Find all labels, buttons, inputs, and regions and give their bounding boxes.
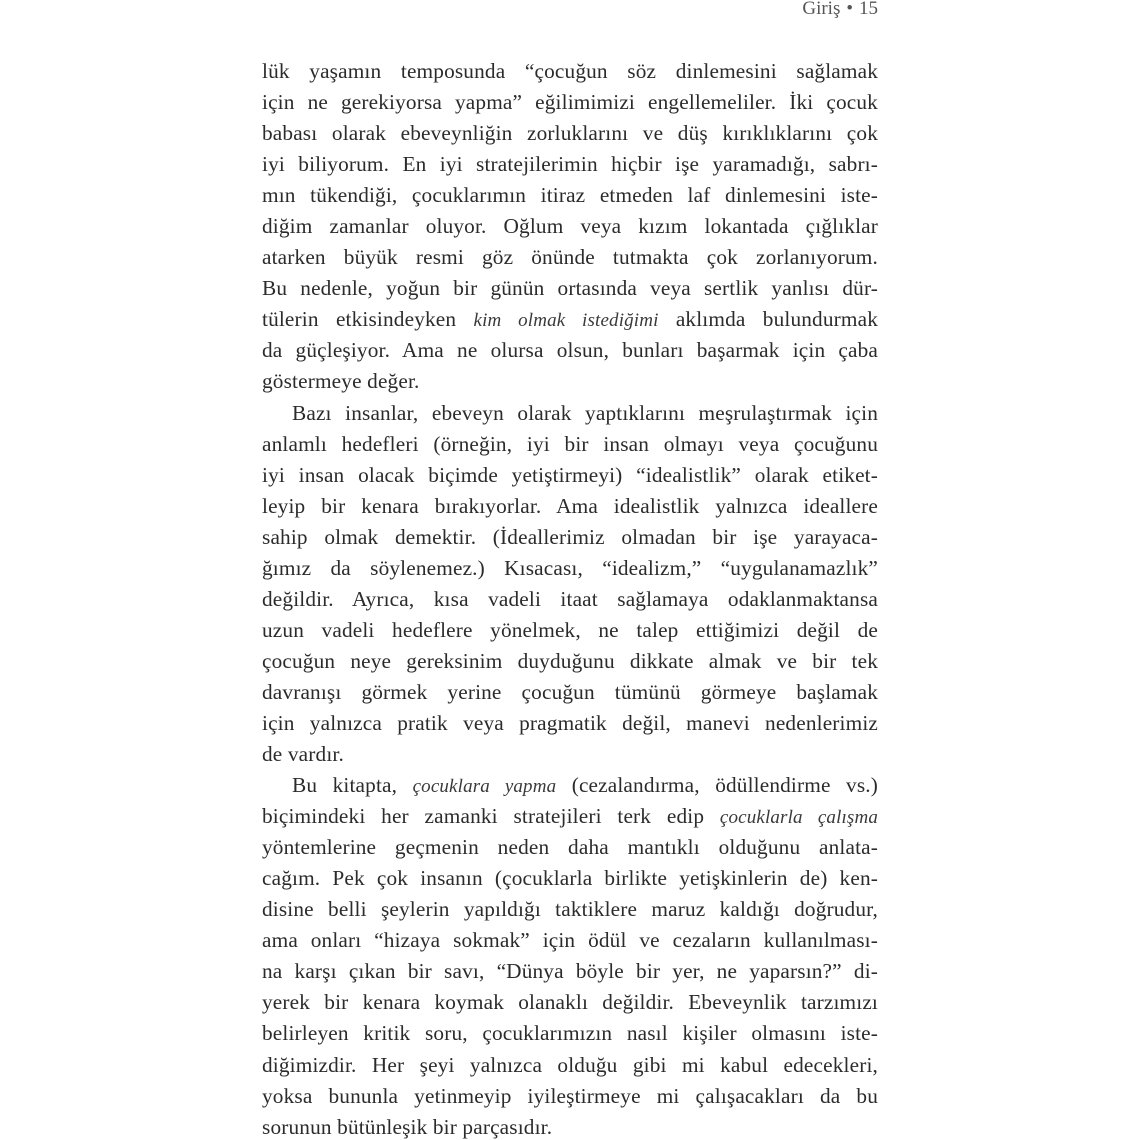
running-header: Giriş•15 bbox=[802, 0, 878, 18]
italic-emphasis: çocuklarla çalışma bbox=[720, 807, 878, 828]
text-line: leyip bir kenara bırakıyorlar. Ama ideal… bbox=[262, 491, 878, 522]
text-line: Bu kitapta, çocuklara yapma (cezalandırm… bbox=[262, 770, 878, 801]
text-line: de vardır. bbox=[262, 739, 878, 770]
text-line: için yalnızca pratik veya pragmatik deği… bbox=[262, 708, 878, 739]
text-line: Bu nedenle, yoğun bir günün ortasında ve… bbox=[262, 273, 878, 304]
paragraph: Bazı insanlar, ebeveyn olarak yaptıkları… bbox=[262, 398, 878, 771]
text-line: yöntemlerine geçmenin neden daha mantıkl… bbox=[262, 832, 878, 863]
text-line: Bazı insanlar, ebeveyn olarak yaptıkları… bbox=[262, 398, 878, 429]
body-text: lük yaşamın temposunda “çocuğun söz dinl… bbox=[262, 56, 878, 1140]
text-line: diğim zamanlar oluyor. Oğlum veya kızım … bbox=[262, 211, 878, 242]
text-line: uzun vadeli hedeflere yönelmek, ne talep… bbox=[262, 615, 878, 646]
italic-emphasis: çocuklara yapma bbox=[413, 776, 557, 797]
text-line: çocuğun neye gereksinim duyduğunu dikkat… bbox=[262, 646, 878, 677]
page-number: 15 bbox=[859, 0, 878, 19]
text-line: davranışı görmek yerine çocuğun tümünü g… bbox=[262, 677, 878, 708]
text-line: belirleyen kritik soru, çocuklarımızın n… bbox=[262, 1018, 878, 1049]
text-line: da güçleşiyor. Ama ne olursa olsun, bunl… bbox=[262, 335, 878, 366]
text-line: sorunun bütünleşik bir parçasıdır. bbox=[262, 1112, 878, 1140]
text-line: disine belli şeylerin yapıldığı taktikle… bbox=[262, 894, 878, 925]
text-line: diğimizdir. Her şeyi yalnızca olduğu gib… bbox=[262, 1050, 878, 1081]
text-line: anlamlı hedefleri (örneğin, iyi bir insa… bbox=[262, 429, 878, 460]
book-page: Giriş•15 lük yaşamın temposunda “çocuğun… bbox=[0, 0, 1140, 1140]
text-line: göstermeye değer. bbox=[262, 366, 878, 397]
text-line: tülerin etkisindeyken kim olmak istediği… bbox=[262, 304, 878, 335]
paragraph: lük yaşamın temposunda “çocuğun söz dinl… bbox=[262, 56, 878, 398]
text-line: yoksa bununla yetinmeyip iyileştirmeye m… bbox=[262, 1081, 878, 1112]
section-title: Giriş bbox=[802, 0, 840, 19]
text-line: ama onları “hizaya sokmak” için ödül ve … bbox=[262, 925, 878, 956]
text-line: değildir. Ayrıca, kısa vadeli itaat sağl… bbox=[262, 584, 878, 615]
italic-emphasis: kim olmak istediğimi bbox=[474, 310, 659, 331]
header-separator: • bbox=[846, 0, 853, 19]
text-line: biçimindeki her zamanki stratejileri ter… bbox=[262, 801, 878, 832]
text-line: na karşı çıkan bir savı, “Dünya böyle bi… bbox=[262, 956, 878, 987]
text-line: iyi biliyorum. En iyi stratejilerimin hi… bbox=[262, 149, 878, 180]
text-line: için ne gerekiyorsa yapma” eğilimimizi e… bbox=[262, 87, 878, 118]
text-line: ğımız da söylenemez.) Kısacası, “idealiz… bbox=[262, 553, 878, 584]
text-line: sahip olmak demektir. (İdeallerimiz olma… bbox=[262, 522, 878, 553]
text-line: yerek bir kenara koymak olanaklı değildi… bbox=[262, 987, 878, 1018]
paragraph: Bu kitapta, çocuklara yapma (cezalandırm… bbox=[262, 770, 878, 1140]
text-line: lük yaşamın temposunda “çocuğun söz dinl… bbox=[262, 56, 878, 87]
text-line: babası olarak ebeveynliğin zorluklarını … bbox=[262, 118, 878, 149]
text-line: atarken büyük resmi göz önünde tutmakta … bbox=[262, 242, 878, 273]
text-line: cağım. Pek çok insanın (çocuklarla birli… bbox=[262, 863, 878, 894]
text-line: mın tükendiği, çocuklarımın itiraz etmed… bbox=[262, 180, 878, 211]
text-line: iyi insan olacak biçimde yetiştirmeyi) “… bbox=[262, 460, 878, 491]
